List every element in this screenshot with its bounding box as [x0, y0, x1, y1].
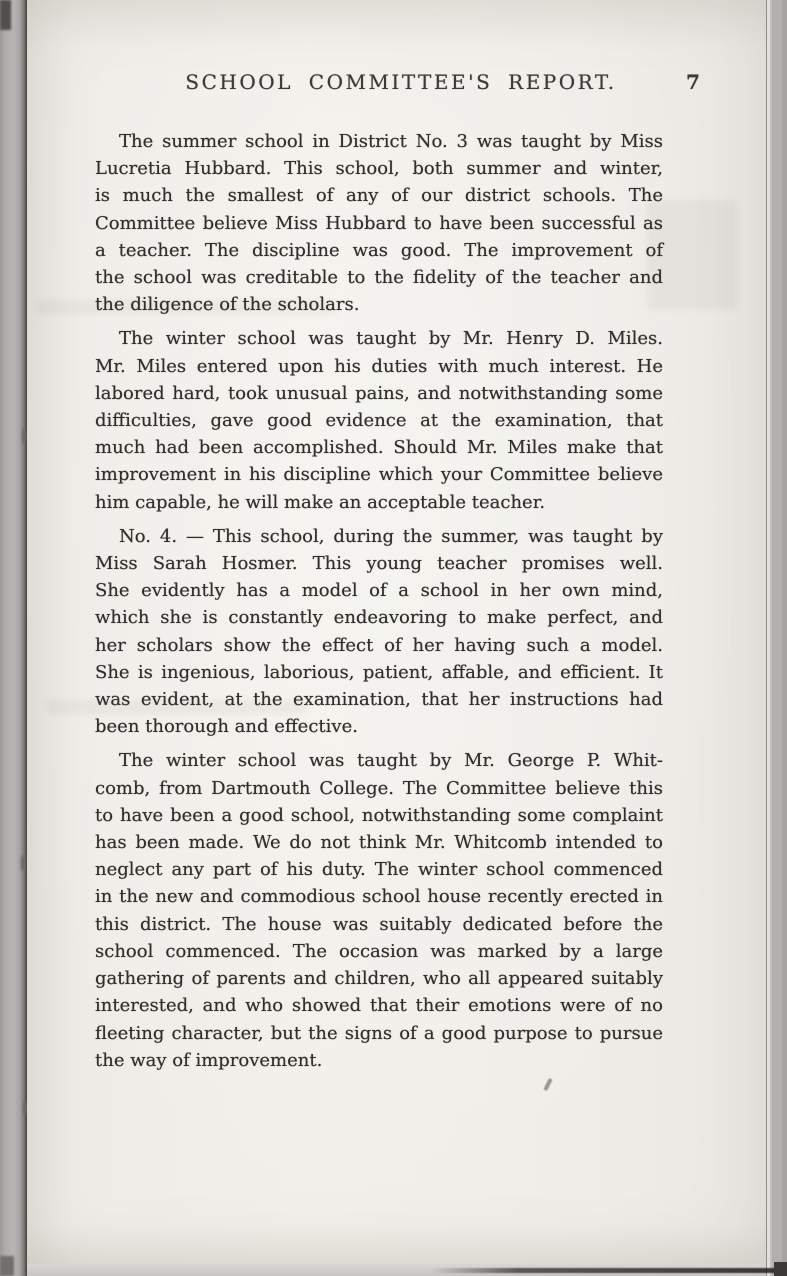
- page-edge-bump: [21, 855, 25, 871]
- scanner-bed-right: [766, 0, 787, 1276]
- text-line: gathering of parents and children, who a…: [95, 965, 663, 992]
- text-line: interested, and who showed that their em…: [95, 992, 663, 1019]
- text-line: the way of improvement.: [95, 1047, 663, 1074]
- text-line: difficulties, gave good evidence at the …: [95, 407, 663, 434]
- text-line: has been made. We do not think Mr. Whitc…: [95, 829, 663, 856]
- paragraph: The summer school in District No. 3 was …: [95, 128, 663, 318]
- page-title: SCHOOL COMMITTEE'S REPORT.: [95, 70, 685, 94]
- text-line: Committee believe Miss Hubbard to have b…: [95, 210, 663, 237]
- text-line: No. 4. — This school, during the summer,…: [95, 523, 663, 550]
- paragraph: The winter school was taught by Mr. Henr…: [95, 325, 663, 515]
- text-line: school commenced. The occasion was marke…: [95, 938, 663, 965]
- scan-corner-shadow-bottom-left: [0, 1256, 14, 1276]
- text-line: fleeting character, but the signs of a g…: [95, 1020, 663, 1047]
- page-number: 7: [686, 70, 700, 94]
- text-line: Lucretia Hubbard. This school, both summ…: [95, 155, 663, 182]
- paragraph: No. 4. — This school, during the summer,…: [95, 523, 663, 741]
- text-line: the school was creditable to the fidelit…: [95, 264, 663, 291]
- text-line: comb, from Dartmouth College. The Commit…: [95, 775, 663, 802]
- scanner-bed-left: [0, 0, 27, 1276]
- text-line: labored hard, took unusual pains, and no…: [95, 380, 663, 407]
- page-body: The summer school in District No. 3 was …: [95, 128, 663, 1074]
- text-line: in the new and commodious school house r…: [95, 883, 663, 910]
- text-line: improvement in his discipline which your…: [95, 461, 663, 488]
- text-line: which she is constantly endeavoring to m…: [95, 604, 663, 631]
- page-edge-bump: [22, 428, 26, 444]
- text-line: The winter school was taught by Mr. Henr…: [95, 325, 663, 352]
- text-line: the diligence of the scholars.: [95, 291, 663, 318]
- paragraph: The winter school was taught by Mr. Geor…: [95, 747, 663, 1073]
- scan-corner-shadow-top-left: [0, 0, 11, 30]
- text-line: him capable, he will make an acceptable …: [95, 489, 663, 516]
- text-line: neglect any part of his duty. The winter…: [95, 856, 663, 883]
- book-edge-shadow: [430, 1268, 787, 1273]
- text-line: Mr. Miles entered upon his duties with m…: [95, 353, 663, 380]
- text-line: Miss Sarah Hosmer. This young teacher pr…: [95, 550, 663, 577]
- text-line: her scholars show the effect of her havi…: [95, 632, 663, 659]
- text-line: been thorough and effective.: [95, 713, 663, 740]
- text-line: a teacher. The discipline was good. The …: [95, 237, 663, 264]
- scan-corner-shadow-bottom-right: [774, 1262, 787, 1276]
- text-line: She evidently has a model of a school in…: [95, 577, 663, 604]
- text-line: The summer school in District No. 3 was …: [95, 128, 663, 155]
- text-line: is much the smallest of any of our distr…: [95, 182, 663, 209]
- text-line: much had been accomplished. Should Mr. M…: [95, 434, 663, 461]
- text-line: She is ingenious, laborious, patient, af…: [95, 659, 663, 686]
- text-line: The winter school was taught by Mr. Geor…: [95, 747, 663, 774]
- text-line: was evident, at the examination, that he…: [95, 686, 663, 713]
- text-line: to have been a good school, notwithstand…: [95, 802, 663, 829]
- text-line: this district. The house was suitably de…: [95, 911, 663, 938]
